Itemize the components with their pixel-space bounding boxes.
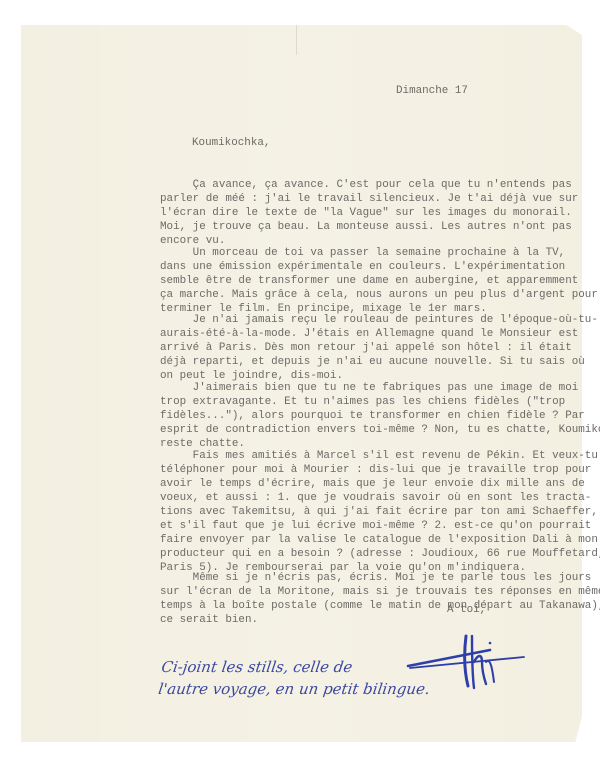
paragraph-4: J'aimerais bien que tu ne te fabriques p… — [160, 381, 600, 451]
paragraph-1: Ça avance, ça avance. C'est pour cela qu… — [160, 178, 578, 248]
paragraph-3: Je n'ai jamais reçu le rouleau de peintu… — [160, 313, 598, 383]
paragraph-6: Même si je n'écris pas, écris. Moi je te… — [160, 571, 600, 627]
handwritten-note: Ci-joint les stills, celle de l'autre vo… — [157, 656, 435, 700]
letter-salutation: Koumikochka, — [192, 136, 270, 150]
paragraph-5: Fais mes amitiés à Marcel s'il est reven… — [160, 449, 600, 575]
letter-date: Dimanche 17 — [396, 84, 468, 98]
fold-crease — [296, 25, 297, 55]
letter-closing: A toi, — [447, 603, 486, 617]
signature-icon — [402, 632, 532, 698]
paragraph-2: Un morceau de toi va passer la semaine p… — [160, 246, 598, 316]
